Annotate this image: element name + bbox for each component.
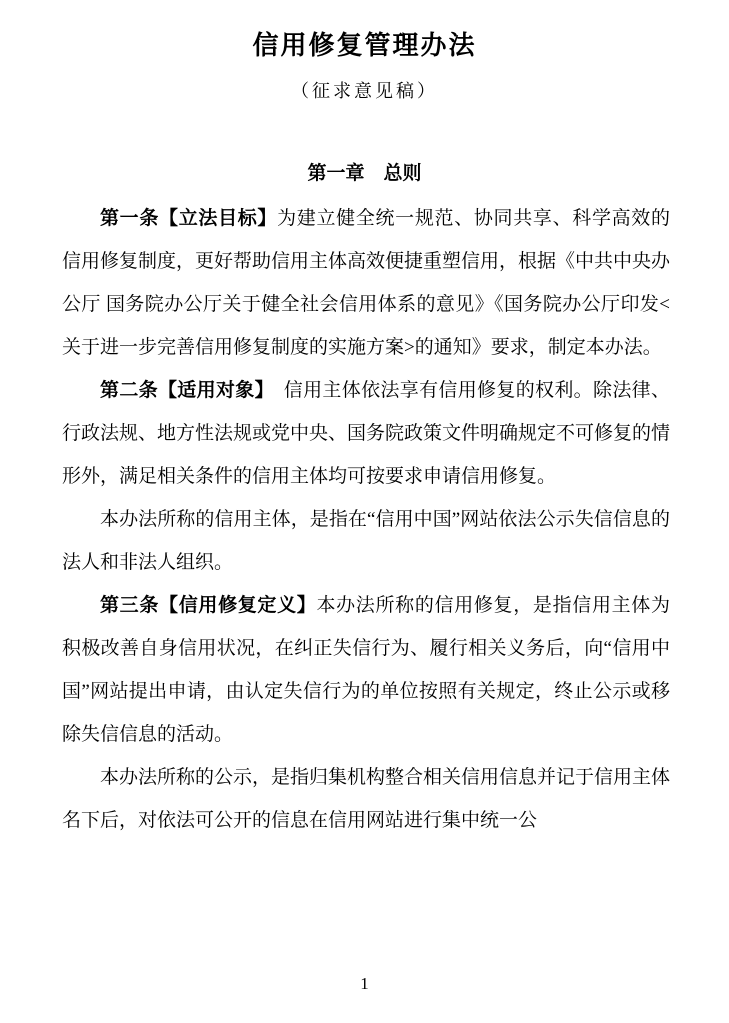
body-paragraph: 本办法所称的公示，是指归集机构整合相关信用信息并记于信用主体名下后，对依法可公开…	[62, 756, 670, 842]
body-paragraph: 第二条【适用对象】 信用主体依法享有信用修复的权利。除法律、行政法规、地方性法规…	[62, 369, 670, 498]
article-lead-label: 第三条【信用修复定义】	[100, 595, 316, 616]
document-subtitle: （征求意见稿）	[0, 80, 729, 102]
chapter-heading: 第一章 总则	[0, 163, 729, 185]
document-body: 第一条【立法目标】为建立健全统一规范、协同共享、科学高效的信用修复制度，更好帮助…	[62, 197, 670, 842]
page-number: 1	[0, 974, 729, 994]
document-page: 信用修复管理办法 （征求意见稿） 第一章 总则 第一条【立法目标】为建立健全统一…	[0, 0, 729, 1023]
article-lead-label: 第二条【适用对象】	[100, 380, 264, 401]
article-lead-label: 第一条【立法目标】	[100, 208, 277, 229]
body-paragraph: 本办法所称的信用主体，是指在“信用中国”网站依法公示失信信息的法人和非法人组织。	[62, 498, 670, 584]
body-paragraph: 第一条【立法目标】为建立健全统一规范、协同共享、科学高效的信用修复制度，更好帮助…	[62, 197, 670, 369]
body-paragraph: 第三条【信用修复定义】本办法所称的信用修复，是指信用主体为积极改善自身信用状况，…	[62, 584, 670, 756]
document-title: 信用修复管理办法	[0, 0, 729, 62]
